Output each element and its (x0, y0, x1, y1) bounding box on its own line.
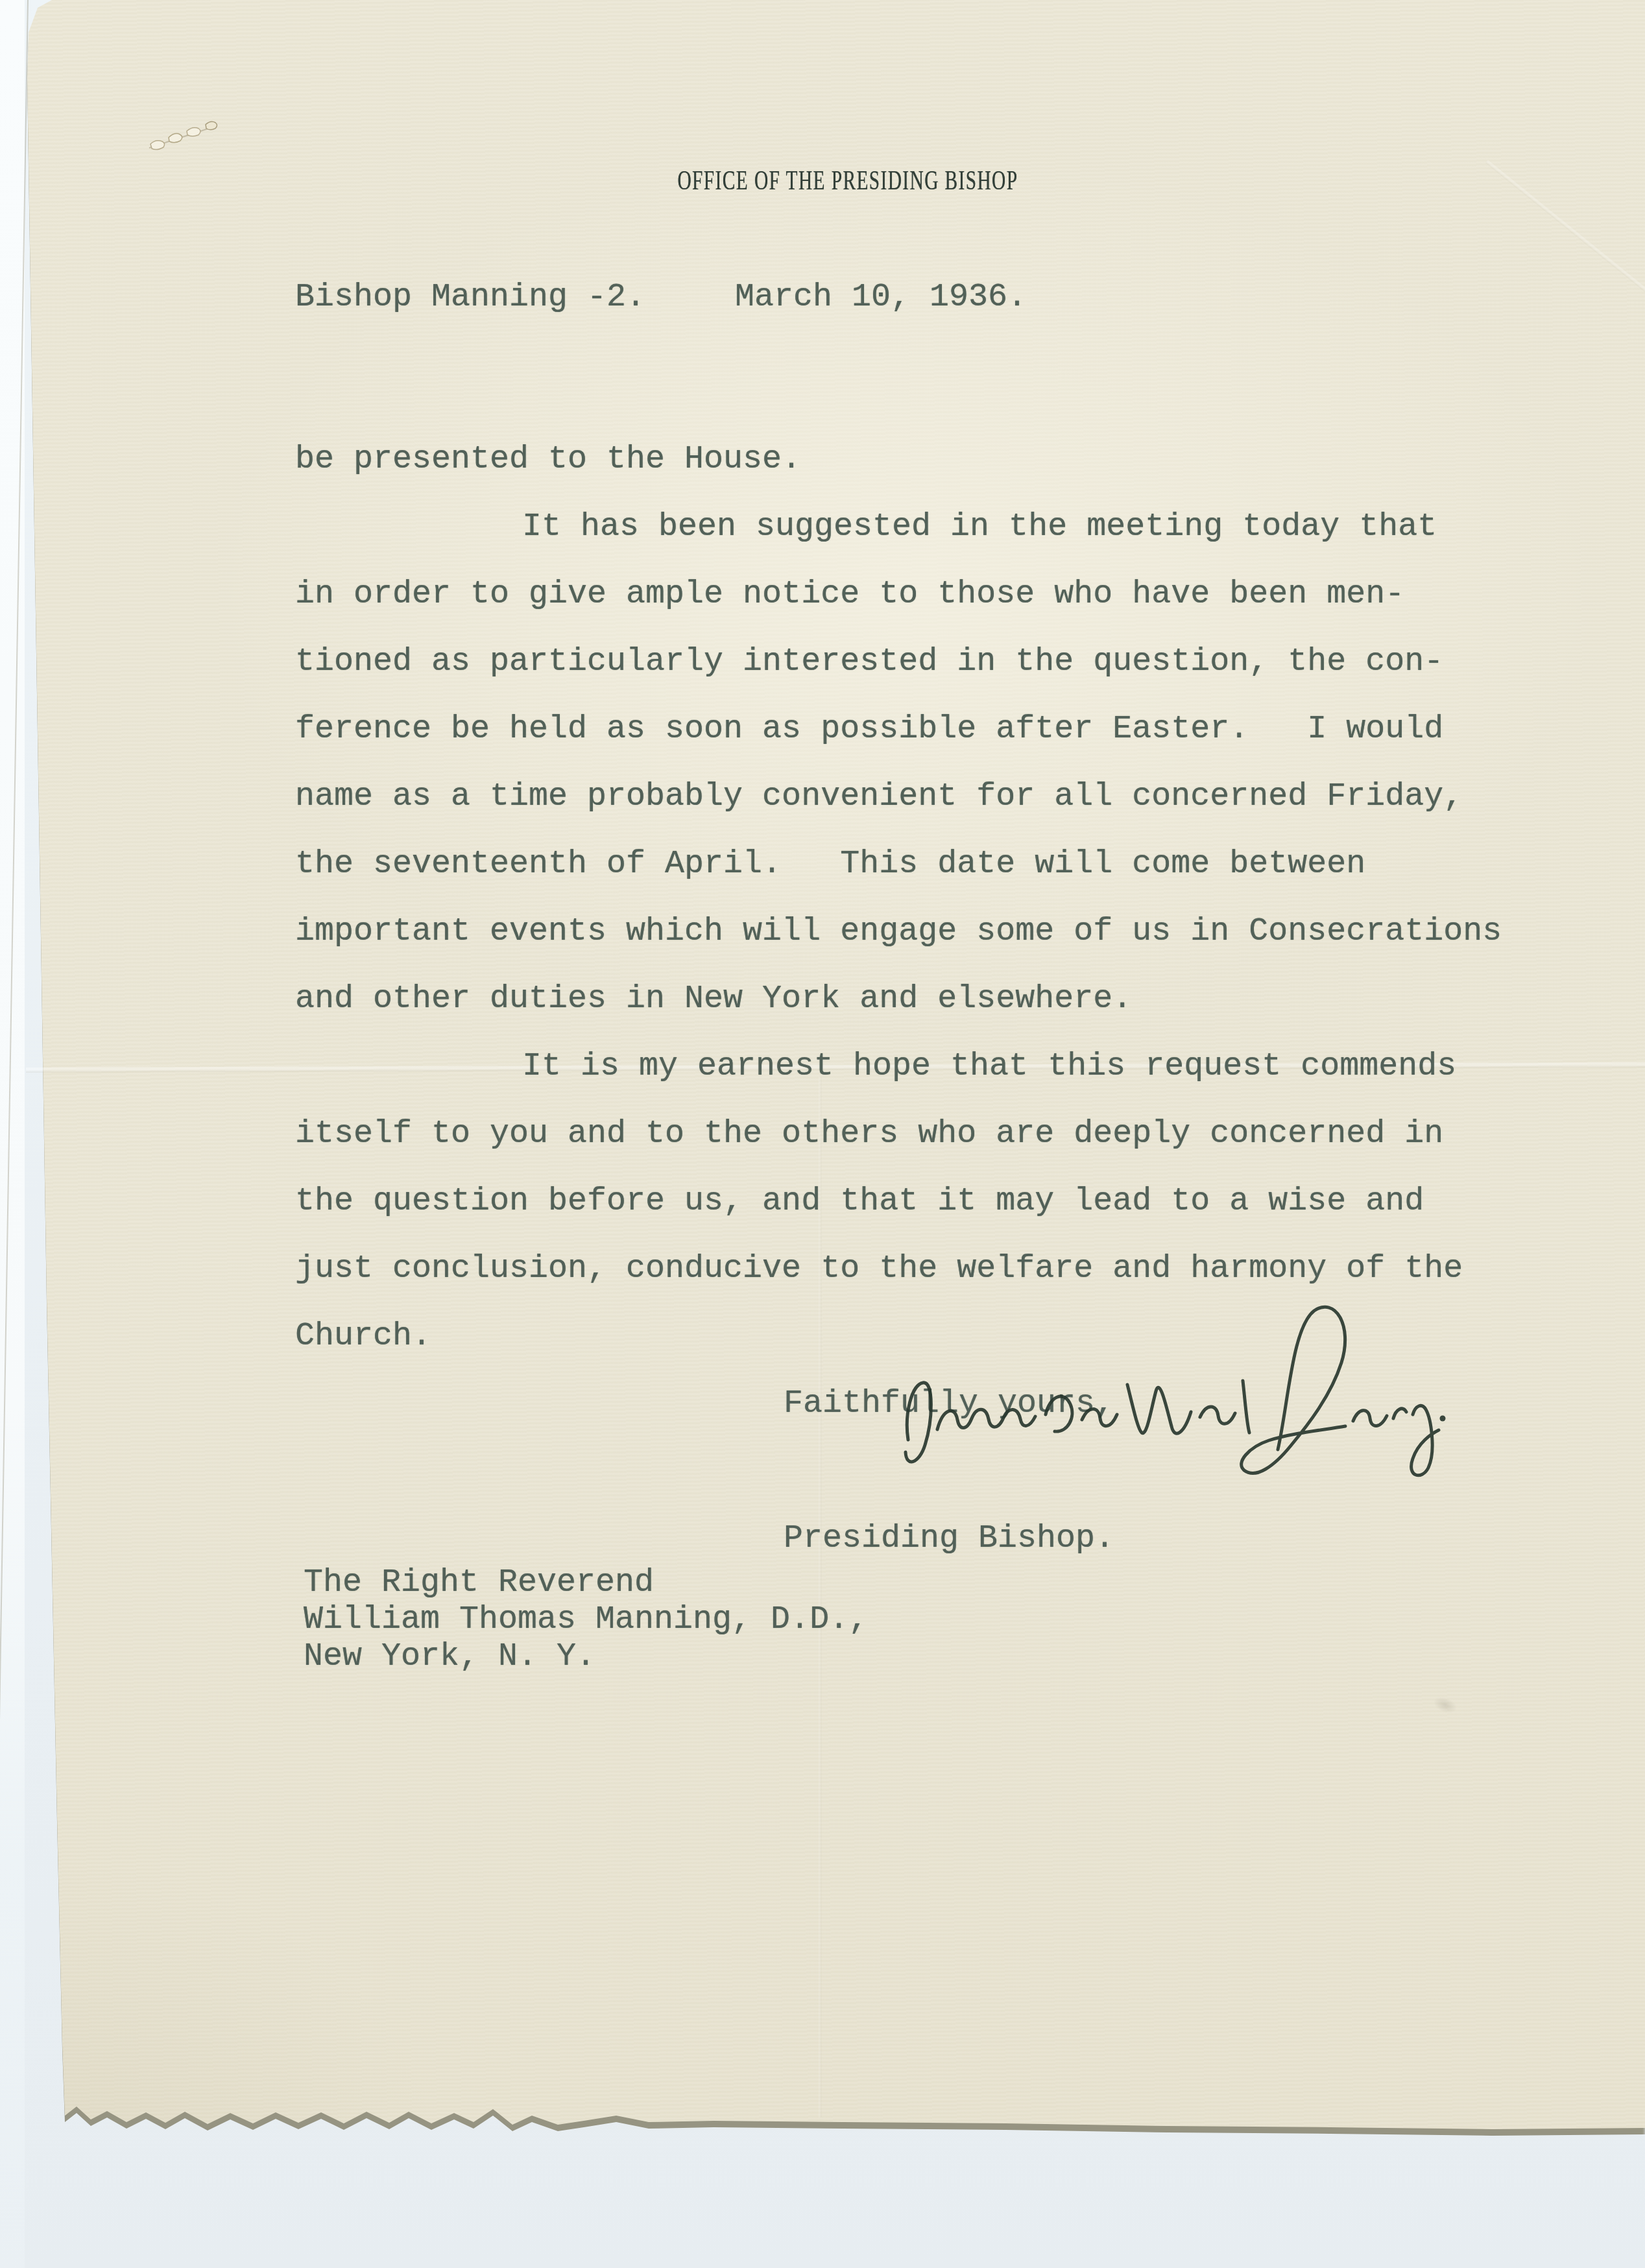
recipient-line: William Thomas Manning, D.D., (304, 1601, 868, 1639)
scanned-letter-page: OFFICE OF THE PRESIDING BISHOP Bishop Ma… (0, 0, 1645, 2268)
reference-line: Bishop Manning -2. (295, 279, 645, 316)
typed-line: It is my earnest hope that this request … (522, 1048, 1456, 1086)
staple-tear-mark (144, 112, 228, 157)
typed-line: name as a time probably convenient for a… (295, 778, 1463, 816)
typed-line: be presented to the House. (295, 441, 801, 479)
typed-line: just conclusion, conducive to the welfar… (295, 1250, 1463, 1288)
typed-line: the question before us, and that it may … (295, 1183, 1424, 1221)
fold-crease-vertical (819, 1077, 822, 2118)
typed-line: the seventeenth of April. This date will… (295, 846, 1365, 883)
letterhead-text: OFFICE OF THE PRESIDING BISHOP (621, 166, 1075, 196)
typed-line: in order to give ample notice to those w… (295, 576, 1404, 614)
recipient-line: New York, N. Y. (304, 1638, 595, 1676)
typed-line: ference be held as soon as possible afte… (295, 711, 1443, 748)
date: March 10, 1936. (735, 279, 1027, 316)
signature-title: Presiding Bishop. (784, 1520, 1114, 1558)
typed-line: important events which will engage some … (295, 913, 1502, 951)
typed-line: and other duties in New York and elsewhe… (295, 981, 1132, 1018)
typed-line: tioned as particularly interested in the… (295, 643, 1443, 681)
typed-line: itself to you and to the others who are … (295, 1116, 1443, 1153)
typed-line: Church. (295, 1318, 431, 1355)
signature-james-dewolf-perry (876, 1287, 1459, 1501)
recipient-line: The Right Reverend (304, 1564, 654, 1602)
typed-line: It has been suggested in the meeting tod… (522, 508, 1437, 546)
